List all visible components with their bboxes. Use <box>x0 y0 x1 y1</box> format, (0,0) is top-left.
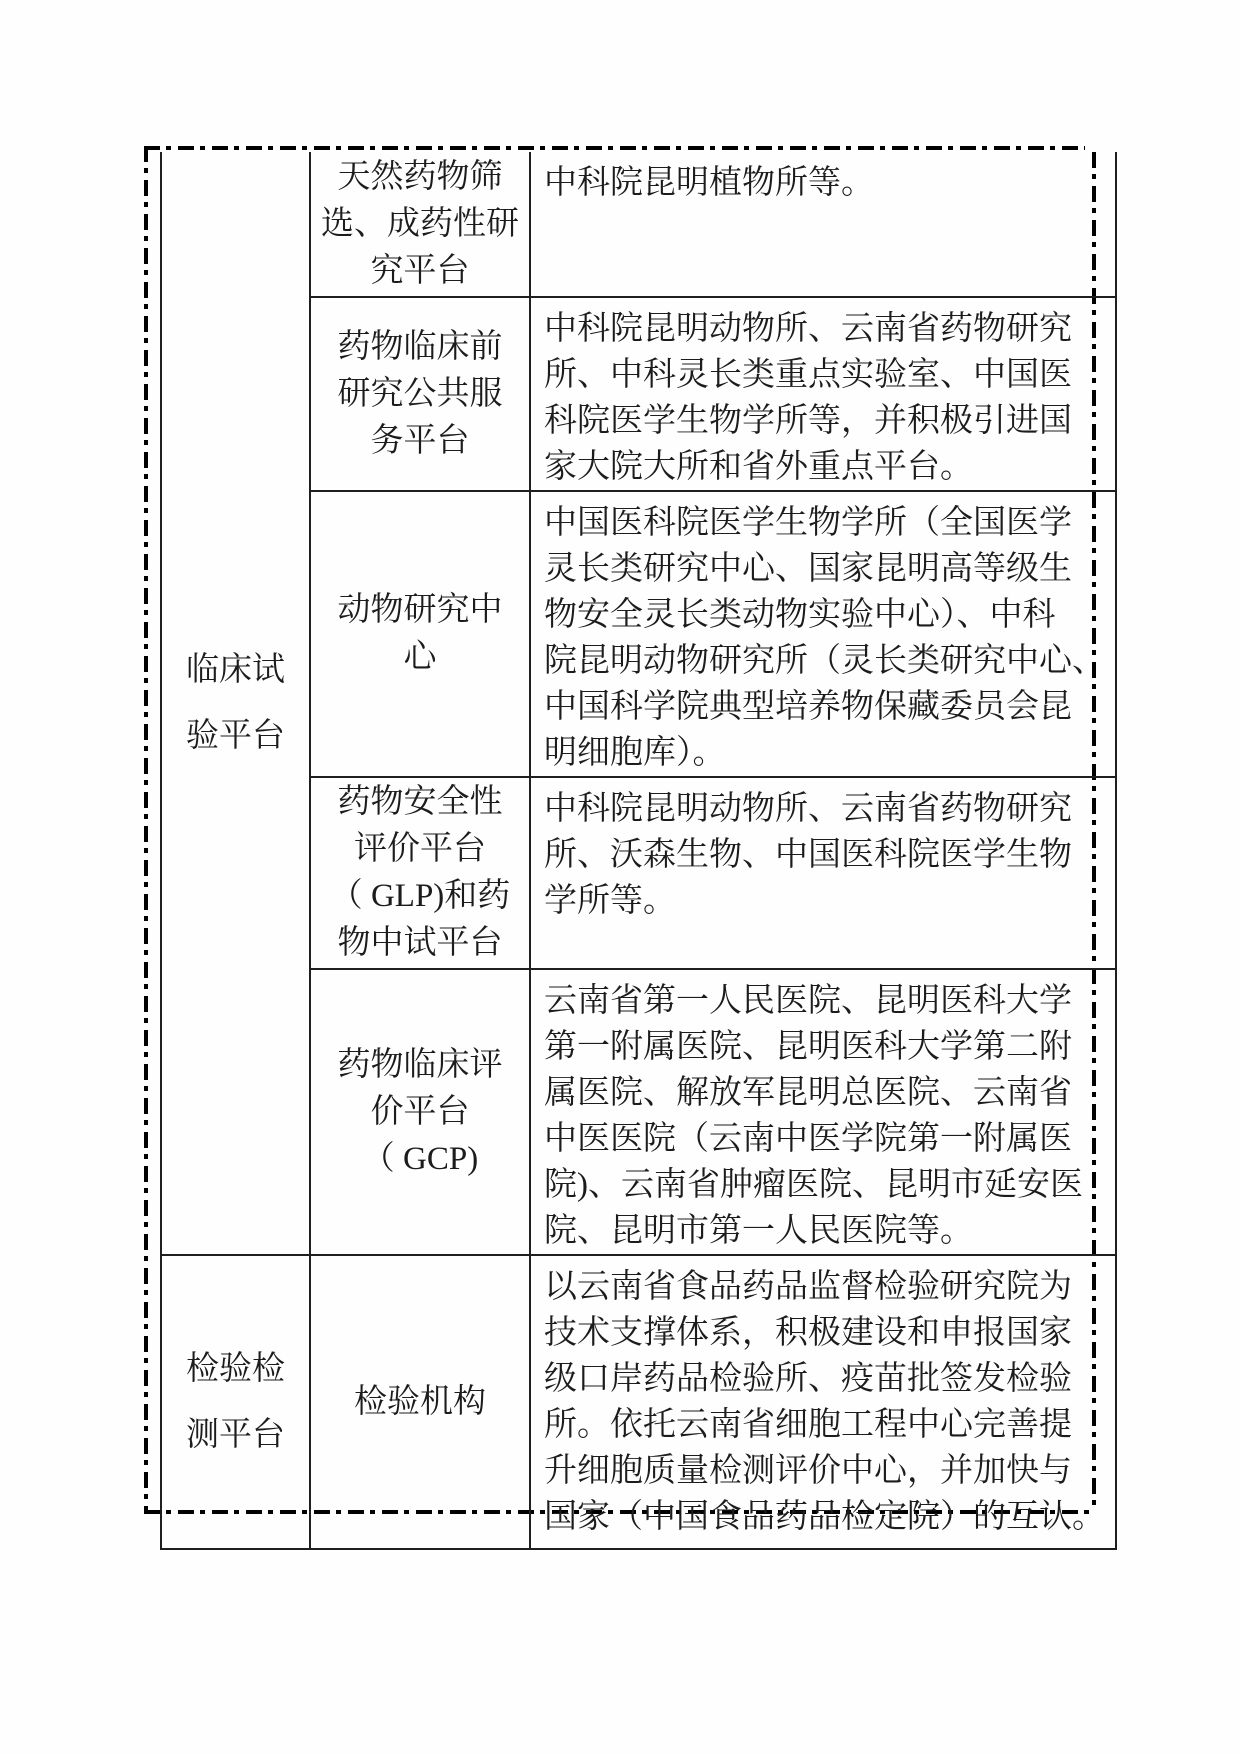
institutions-cell: 中科院昆明植物所等。 <box>530 152 1116 297</box>
platform-cell-preclinical-public-service: 药物临床前 研究公共服 务平台 <box>310 297 530 491</box>
document-page: 临床试 验平台 天然药物筛 选、成药性研 究平台 中科院昆明植物所等。 药物临床… <box>0 0 1240 1754</box>
institutions-cell: 以云南省食品药品监督检验研究院为 技术支撑体系，积极建设和申报国家 级口岸药品检… <box>530 1255 1116 1549</box>
page-border-top <box>144 146 1085 150</box>
page-border-left <box>144 146 148 1514</box>
category-cell-inspection-testing-platform: 检验检 测平台 <box>161 1255 310 1549</box>
institutions-cell: 云南省第一人民医院、昆明医科大学 第一附属医院、昆明医科大学第二附 属医院、解放… <box>530 969 1116 1255</box>
platforms-table: 临床试 验平台 天然药物筛 选、成药性研 究平台 中科院昆明植物所等。 药物临床… <box>160 152 1117 1550</box>
institutions-cell: 中科院昆明动物所、云南省药物研究 所、沃森生物、中国医科院医学生物 学所等。 <box>530 777 1116 969</box>
platform-cell-glp-safety-evaluation: 药物安全性 评价平台 （ GLP)和药 物中试平台 <box>310 777 530 969</box>
platform-cell-animal-research-center: 动物研究中 心 <box>310 491 530 777</box>
platform-cell-gcp-clinical-evaluation: 药物临床评 价平台 （ GCP) <box>310 969 530 1255</box>
table-row: 检验检 测平台 检验机构 以云南省食品药品监督检验研究院为 技术支撑体系，积极建… <box>161 1255 1116 1549</box>
institutions-cell: 中国医科院医学生物学所（全国医学 灵长类研究中心、国家昆明高等级生 物安全灵长类… <box>530 491 1116 777</box>
institutions-cell: 中科院昆明动物所、云南省药物研究 所、中科灵长类重点实验室、中国医 科院医学生物… <box>530 297 1116 491</box>
platform-cell-inspection-agency: 检验机构 <box>310 1255 530 1549</box>
category-cell-clinical-trial-platform: 临床试 验平台 <box>161 152 310 1255</box>
table-row: 临床试 验平台 天然药物筛 选、成药性研 究平台 中科院昆明植物所等。 <box>161 152 1116 297</box>
platform-cell-natural-drug-screening: 天然药物筛 选、成药性研 究平台 <box>310 152 530 297</box>
